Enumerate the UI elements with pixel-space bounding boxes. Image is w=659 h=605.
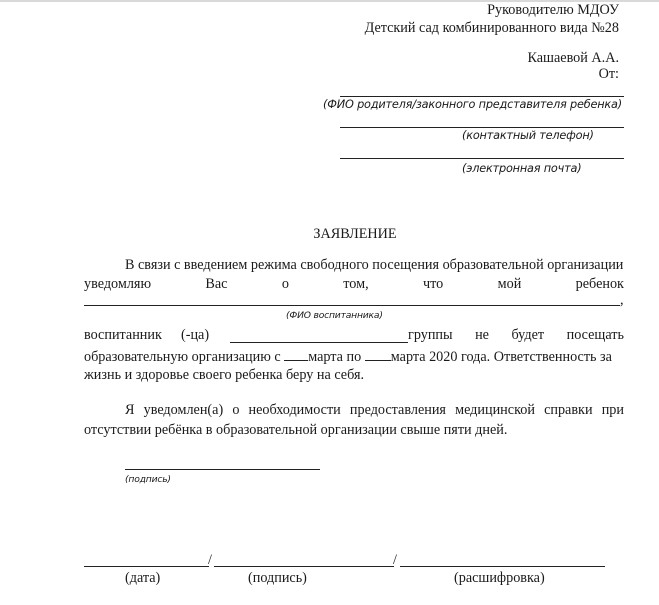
paragraph-2-line-2: образовательную организацию с марта по м… xyxy=(84,347,624,366)
from-label: От: xyxy=(599,66,619,83)
paragraph-2-word-2: (-ца) xyxy=(181,327,209,344)
text: марта по xyxy=(308,349,361,365)
paragraph-2-word-1: воспитанник xyxy=(84,327,162,344)
paragraph-2-line-3: жизнь и здоровье своего ребенка беру на … xyxy=(84,367,364,384)
word: ребенок xyxy=(576,276,624,293)
signature-field[interactable] xyxy=(125,469,320,470)
word: том, xyxy=(343,276,368,293)
paragraph-3-line-1: Я уведомлен(а) о необходимости предостав… xyxy=(125,402,624,419)
paragraph-1-line-1: В связи с введением режима свободного по… xyxy=(125,257,623,274)
word: о xyxy=(232,402,239,419)
group-field[interactable] xyxy=(230,342,408,343)
word: Я xyxy=(125,402,134,419)
word: справки xyxy=(544,402,592,419)
text: образовательную организацию с xyxy=(84,349,281,365)
word: при xyxy=(602,402,624,419)
word: Вас xyxy=(205,276,227,293)
word: о xyxy=(282,276,289,293)
date-caption: (дата) xyxy=(125,570,160,587)
trailing-comma: , xyxy=(620,292,624,309)
addressee-line-2: Детский сад комбинированного вида №28 xyxy=(365,20,619,37)
footer-signature-caption: (подпись) xyxy=(248,570,307,587)
decoding-field[interactable] xyxy=(400,566,605,567)
word: будет xyxy=(512,327,545,344)
signature-caption: (подпись) xyxy=(125,474,171,485)
word: что xyxy=(423,276,443,293)
word: уведомлен(а) xyxy=(144,402,224,419)
paragraph-3-line-2: отсутствии ребёнка в образовательной орг… xyxy=(84,422,507,439)
word: медицинской xyxy=(455,402,535,419)
addressee-name: Кашаевой А.А. xyxy=(527,50,619,67)
separator-2: / xyxy=(393,552,397,569)
start-date-field[interactable] xyxy=(284,347,308,361)
separator-1: / xyxy=(208,552,212,569)
footer-signature-field[interactable] xyxy=(214,566,394,567)
child-name-field[interactable] xyxy=(84,305,620,306)
document-title: ЗАЯВЛЕНИЕ xyxy=(0,226,659,243)
addressee-line-1: Руководителю МДОУ xyxy=(487,2,619,19)
word: не xyxy=(475,327,489,344)
paragraph-1-line-2: уведомляю Вас о том, что мой ребенок xyxy=(84,276,624,293)
date-field[interactable] xyxy=(84,566,209,567)
paragraph-2-line-1-end: группы не будет посещать xyxy=(408,327,624,344)
email-caption: (электронная почта) xyxy=(462,162,581,175)
child-name-caption: (ФИО воспитанника) xyxy=(286,310,383,321)
word: посещать xyxy=(567,327,624,344)
phone-caption: (контактный телефон) xyxy=(462,129,594,142)
word: мой xyxy=(498,276,522,293)
word: предоставления xyxy=(350,402,446,419)
word: необходимости xyxy=(249,402,341,419)
decoding-caption: (расшифровка) xyxy=(454,570,545,587)
end-date-field[interactable] xyxy=(365,347,391,361)
text: марта 2020 года. Ответственность за xyxy=(391,349,612,365)
email-field[interactable] xyxy=(340,158,624,159)
parent-name-caption: (ФИО родителя/законного представителя ре… xyxy=(323,98,622,111)
word: группы xyxy=(408,327,453,344)
word: уведомляю xyxy=(84,276,151,293)
